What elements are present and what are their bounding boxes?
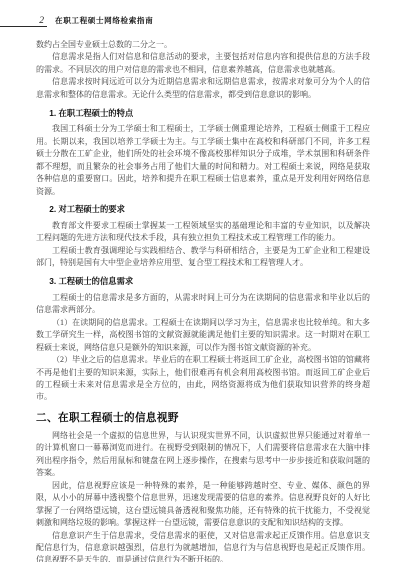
section-heading: 二、在职工程硕士的信息视野 (36, 412, 370, 425)
header-rule: 2 (0, 13, 47, 27)
document-page: 2 在职工程硕士网络检索指南 数约占全国专业硕士总数的二分之一。 信息需求是指人… (0, 0, 400, 562)
paragraph-list-item: （2）毕业之后的信息需求。毕业后的在职工程硕士将返回工矿企业，高校图书馆的馆藏将… (36, 354, 370, 404)
paragraph: 信息需求是指人们对信息和信息活动的要求，主要包括对信息内容和提供信息的方法手段的… (36, 51, 370, 76)
paragraph: 信息需求按时间远近可以分为近期信息需求和远期信息需求，按需求对象可分为个人的信息… (36, 76, 370, 101)
paragraph: 工程硕士教育强调理论与实践相结合、教学与科研相结合，主要是为工矿企业和工程建设部… (36, 245, 370, 270)
paragraph-continuation: 数约占全国专业硕士总数的二分之一。 (36, 39, 370, 51)
page-number: 2 (39, 16, 47, 26)
paragraph: 网络社会是一个虚拟的信息世界，与认识现实世界不同，认识虚拟世界只能通过对着单一的… (36, 430, 370, 480)
subheading-2: 2. 对工程硕士的要求 (36, 203, 370, 215)
paragraph: 我国工科硕士分为工学硕士和工程硕士，工学硕士侧重理论培养，工程硕士侧重于工程应用… (36, 123, 370, 198)
page-body: 数约占全国专业硕士总数的二分之一。 信息需求是指人们对信息和信息活动的要求，主要… (36, 39, 370, 562)
running-title: 在职工程硕士网络检索指南 (55, 15, 153, 27)
subheading-1: 1. 在职工程硕士的特点 (36, 107, 370, 119)
paragraph: 信息意识产生于信息需求，受信息需求的驱使，又对信息需求起正反馈作用。信息意识支配… (36, 530, 370, 562)
subheading-3: 3. 工程硕士的信息需求 (36, 275, 370, 287)
paragraph: 教育部文件要求工程硕士掌握某一工程领域坚实的基础理论和丰富的专业知识，以及解决工… (36, 220, 370, 245)
page-header: 2 在职工程硕士网络检索指南 (0, 14, 400, 27)
paragraph: 因此，信息视野应该是一种特殊的素养，是一种能够跨越时空、专业、媒体、颜色的界限，… (36, 480, 370, 530)
paragraph-list-item: （1）在读期间的信息需求。工程硕士在读期间以学习为主，信息需求也比较单纯。和大多… (36, 317, 370, 354)
paragraph: 工程硕士的信息需求是多方面的，从需求时间上可分为在读期间的信息需求和毕业以后的信… (36, 292, 370, 317)
